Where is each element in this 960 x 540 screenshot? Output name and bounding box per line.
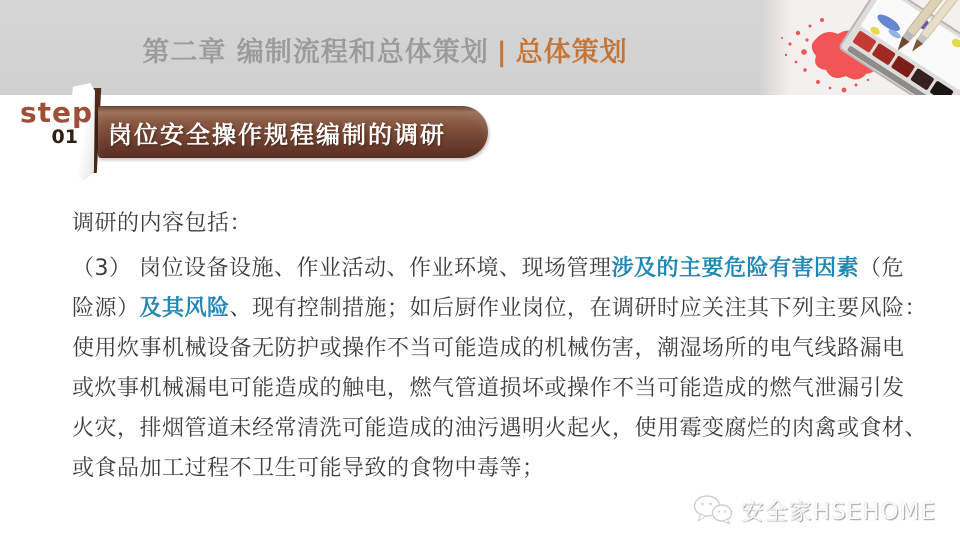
slide-header-title: 第二章 编制流程和总体策划|总体策划 [0, 30, 770, 69]
palette-photo-graphic [760, 0, 960, 95]
chapter-title: 第二章 编制流程和总体策划 [142, 37, 488, 68]
paragraph-line: 险源）及其风险、现有控制措施；如后厨作业岗位，在调研时应关注其下列主要风险： [72, 289, 916, 329]
section-banner-title: 岗位安全操作规程编制的调研 [108, 115, 446, 150]
paragraph-line: （3） 岗位设备设施、作业活动、作业环境、现场管理涉及的主要危险有害因素（危 [72, 249, 916, 289]
watermark: 安全家HSEHOME [693, 493, 936, 526]
watercolor-palette-image [760, 0, 960, 95]
watermark-text: 安全家HSEHOME [741, 493, 936, 526]
section-title: 总体策划 [516, 37, 628, 68]
paragraph-line: 或食品加工过程不卫生可能导致的食物中毒等； [72, 449, 916, 489]
section-banner: 岗位安全操作规程编制的调研 [98, 106, 488, 158]
wechat-icon [693, 494, 733, 526]
paragraph-line: 使用炊事机械设备无防护或操作不当可能造成的机械伤害，潮湿场所的电气线路漏电 [72, 329, 916, 369]
step-word: step [20, 99, 80, 127]
paragraph-line: 火灾，排烟管道未经常清洗可能造成的油污遇明火起火，使用霉变腐烂的肉禽或食材、 [72, 409, 916, 449]
body-content: 调研的内容包括： （3） 岗位设备设施、作业活动、作业环境、现场管理涉及的主要危… [72, 204, 916, 489]
highlighted-text: 及其风险 [140, 296, 230, 321]
step-label-block: step 01 [20, 99, 80, 147]
step-number: 01 [20, 127, 80, 147]
header-band: 第二章 编制流程和总体策划|总体策划 [0, 0, 960, 95]
header-divider: | [489, 37, 516, 68]
body-intro: 调研的内容包括： [72, 204, 916, 244]
highlighted-text: 涉及的主要危险有害因素 [612, 256, 860, 281]
slide: 第二章 编制流程和总体策划|总体策划 [0, 0, 960, 540]
body-paragraph: （3） 岗位设备设施、作业活动、作业环境、现场管理涉及的主要危险有害因素（危险源… [72, 249, 916, 489]
paragraph-line: 或炊事机械漏电可能造成的触电，燃气管道损坏或操作不当可能造成的燃气泄漏引发 [72, 369, 916, 409]
